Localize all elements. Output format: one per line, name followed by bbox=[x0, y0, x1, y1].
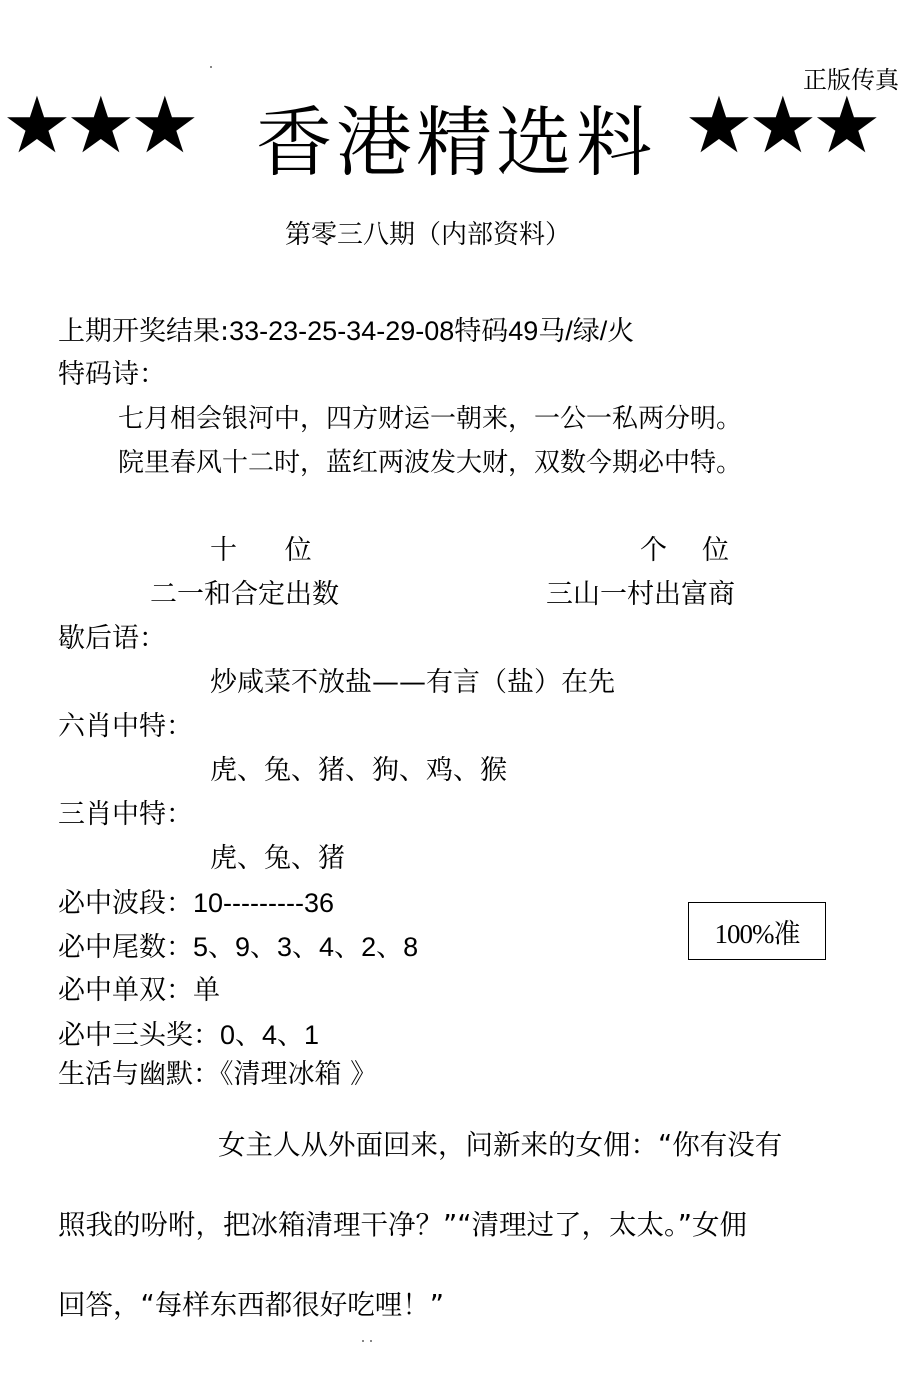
units-header: 个 位 bbox=[640, 534, 733, 568]
xiehouyu-text: 炒咸菜不放盐——有言（盐）在先 bbox=[210, 666, 615, 700]
stat-value: 0、4、1 bbox=[220, 1020, 319, 1050]
story-line-3: 回答，“每样东西都很好吃哩！” bbox=[58, 1288, 444, 1322]
issue-subtitle: 第零三八期（内部资料） bbox=[285, 214, 571, 251]
star-icon-group-left: ★★★ bbox=[2, 86, 194, 166]
stat-label: 必中单双： bbox=[58, 975, 193, 1006]
page-title: 香港精选料 bbox=[256, 98, 656, 188]
accuracy-badge: 100%准 bbox=[688, 902, 826, 960]
six-zodiac-value: 虎、兔、猪、狗、鸡、猴 bbox=[210, 754, 507, 788]
stat-value: 单 bbox=[193, 975, 220, 1006]
stat-value: 5、9、3、4、2、8 bbox=[193, 932, 418, 962]
stat-value: 《清理冰箱 》 bbox=[220, 1059, 377, 1090]
special-value: 49马/绿/火 bbox=[508, 316, 634, 346]
poem-label: 特码诗： bbox=[58, 358, 166, 392]
tens-text: 二一和合定出数 bbox=[150, 578, 339, 612]
last-result-numbers: 33-23-25-34-29-08 bbox=[229, 316, 454, 346]
scan-speck bbox=[370, 1340, 372, 1342]
stat-label: 必中波段： bbox=[58, 888, 193, 919]
story-line-2: 照我的吩咐，把冰箱清理干净？”“清理过了，太太。”女佣 bbox=[58, 1208, 747, 1242]
star-icon-group-right: ★★★ bbox=[684, 86, 876, 166]
units-text: 三山一村出富商 bbox=[546, 578, 735, 612]
scan-speck bbox=[210, 66, 212, 68]
story-line-1: 女主人从外面回来，问新来的女佣：“你有没有 bbox=[218, 1128, 782, 1162]
stat-row-wave: 必中波段：10---------36 bbox=[58, 886, 334, 921]
stat-row-head: 必中三头奖：0、4、1 bbox=[58, 1018, 319, 1053]
stat-label: 必中尾数： bbox=[58, 932, 193, 963]
stat-label: 必中三头奖： bbox=[58, 1020, 220, 1051]
xiehouyu-label: 歇后语： bbox=[58, 622, 166, 656]
poem-line-1: 七月相会银河中，四方财运一朝来，一公一私两分明。 bbox=[118, 402, 742, 436]
last-result-row: 上期开奖结果:33-23-25-34-29-08特码49马/绿/火 bbox=[58, 314, 634, 349]
last-result-label: 上期开奖结果: bbox=[58, 316, 229, 347]
stat-value: 10---------36 bbox=[193, 888, 334, 918]
stat-row-odd-even: 必中单双：单 bbox=[58, 974, 220, 1008]
tens-header: 十 位 bbox=[210, 534, 316, 568]
scan-speck bbox=[362, 1340, 364, 1342]
stat-label: 生活与幽默： bbox=[58, 1059, 220, 1090]
special-label: 特码 bbox=[454, 316, 508, 347]
three-zodiac-value: 虎、兔、猪 bbox=[210, 842, 345, 876]
three-zodiac-label: 三肖中特： bbox=[58, 798, 193, 832]
poem-line-2: 院里春风十二时，蓝红两波发大财，双数今期必中特。 bbox=[118, 446, 742, 480]
six-zodiac-label: 六肖中特： bbox=[58, 710, 193, 744]
stat-row-humor: 生活与幽默：《清理冰箱 》 bbox=[58, 1058, 377, 1092]
stat-row-tail: 必中尾数：5、9、3、4、2、8 bbox=[58, 930, 418, 965]
